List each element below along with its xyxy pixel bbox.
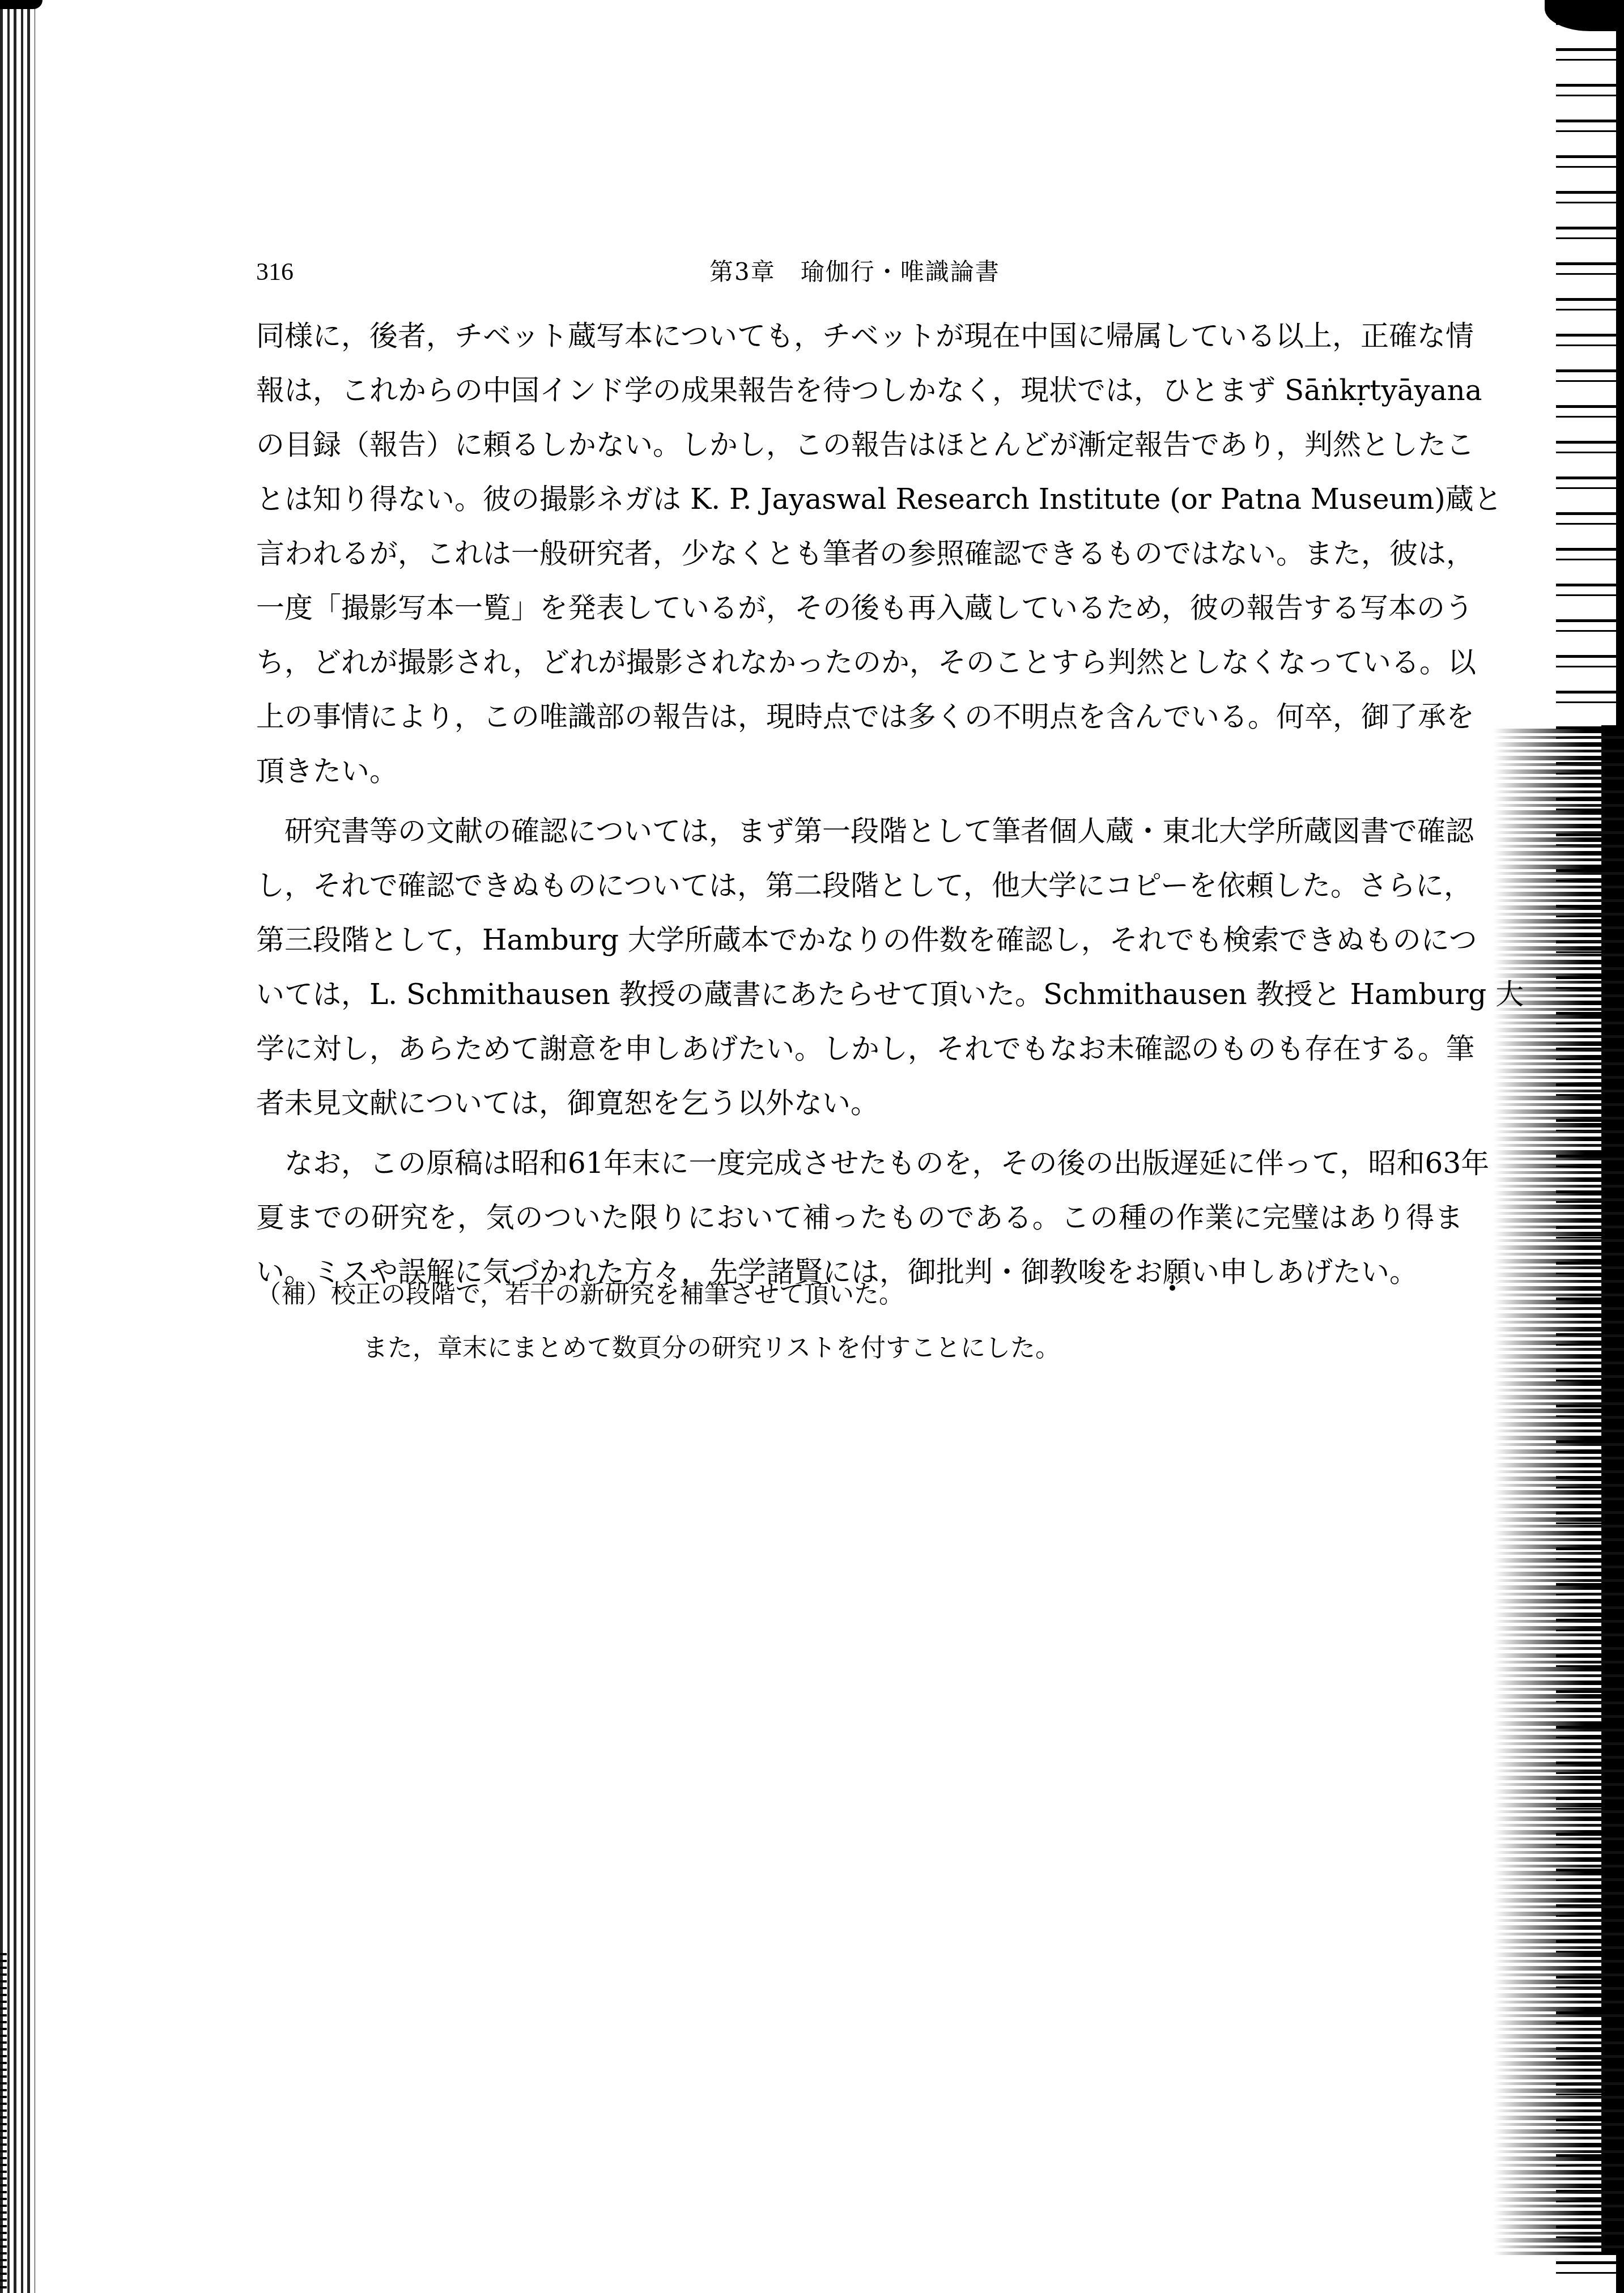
- paragraph-gap: [256, 1130, 1463, 1136]
- text-line: 第三段階として，Hamburg 大学所蔵本でかなりの件数を確認し，それでも検索で…: [256, 913, 1463, 967]
- text-line: 一度「撮影写本一覧」を発表しているが，その後も再入蔵しているため，彼の報告する写…: [256, 581, 1463, 635]
- body-text: 同様に，後者，チベット蔵写本についても，チベットが現在中国に帰属している以上，正…: [256, 309, 1463, 1299]
- text-line: の目録（報告）に頼るしかない。しかし，この報告はほとんどが漸定報告であり，判然と…: [256, 418, 1463, 472]
- running-head: 316 第3章 瑜伽行・唯識論書: [256, 252, 1463, 292]
- text-line: 学に対し，あらためて謝意を申しあげたい。しかし，それでもなお未確認のものも存在す…: [256, 1022, 1463, 1076]
- text-line: し，それで確認できぬものについては，第二段階として，他大学にコピーを依頼した。さ…: [256, 858, 1463, 913]
- text-line: 報は，これからの中国インド学の成果報告を待つしかなく，現状では，ひとまず Sāṅ…: [256, 363, 1463, 418]
- scan-edge-right-dense: [1494, 725, 1624, 2255]
- text-line: 上の事情により，この唯識部の報告は，現時点では多くの不明点を含んでいる。何卒，御…: [256, 690, 1463, 744]
- text-line: ち，どれが撮影され，どれが撮影されなかったのか，そのことすら判然としなくなってい…: [256, 635, 1463, 690]
- text-line: 夏までの研究を，気のついた限りにおいて補ったものである。この種の作業に完璧はあり…: [256, 1190, 1463, 1245]
- scan-speck: [1170, 1285, 1175, 1291]
- text-line: 頂きたい。: [256, 744, 1463, 798]
- scan-edge-bottom-left: [0, 1953, 7, 2293]
- supplement-note-1: （補）校正の段階で，若干の新研究を補筆させて頂いた。: [256, 1275, 904, 1314]
- paragraph-1: 同様に，後者，チベット蔵写本についても，チベットが現在中国に帰属している以上，正…: [256, 309, 1463, 798]
- scan-edge-left: [0, 0, 35, 2293]
- scan-corner-top-left: [0, 0, 42, 9]
- text-line: いては，L. Schmithausen 教授の蔵書にあたらせて頂いた。Schmi…: [256, 967, 1463, 1022]
- paragraph-2: 研究書等の文献の確認については，まず第一段階として筆者個人蔵・東北大学所蔵図書で…: [256, 804, 1463, 1130]
- supplement-note-2: また，章末にまとめて数頁分の研究リストを付すことにした。: [363, 1329, 1060, 1368]
- text-line: とは知り得ない。彼の撮影ネガは K. P. Jayaswal Research …: [256, 472, 1463, 526]
- text-line: 同様に，後者，チベット蔵写本についても，チベットが現在中国に帰属している以上，正…: [256, 309, 1463, 363]
- page-number: 316: [256, 252, 294, 292]
- text-line: 者未見文献については，御寛恕を乞う以外ない。: [256, 1076, 1463, 1130]
- scanned-page: 316 第3章 瑜伽行・唯識論書 同様に，後者，チベット蔵写本についても，チベッ…: [0, 0, 1624, 2293]
- chapter-title: 第3章 瑜伽行・唯識論書: [709, 252, 1000, 292]
- text-line: 言われるが，これは一般研究者，少なくとも筆者の参照確認できるものではない。また，…: [256, 526, 1463, 581]
- text-line: なお，この原稿は昭和61年末に一度完成させたものを，その後の出版遅延に伴って，昭…: [256, 1136, 1463, 1190]
- text-line: 研究書等の文献の確認については，まず第一段階として筆者個人蔵・東北大学所蔵図書で…: [256, 804, 1463, 858]
- paragraph-gap: [256, 798, 1463, 804]
